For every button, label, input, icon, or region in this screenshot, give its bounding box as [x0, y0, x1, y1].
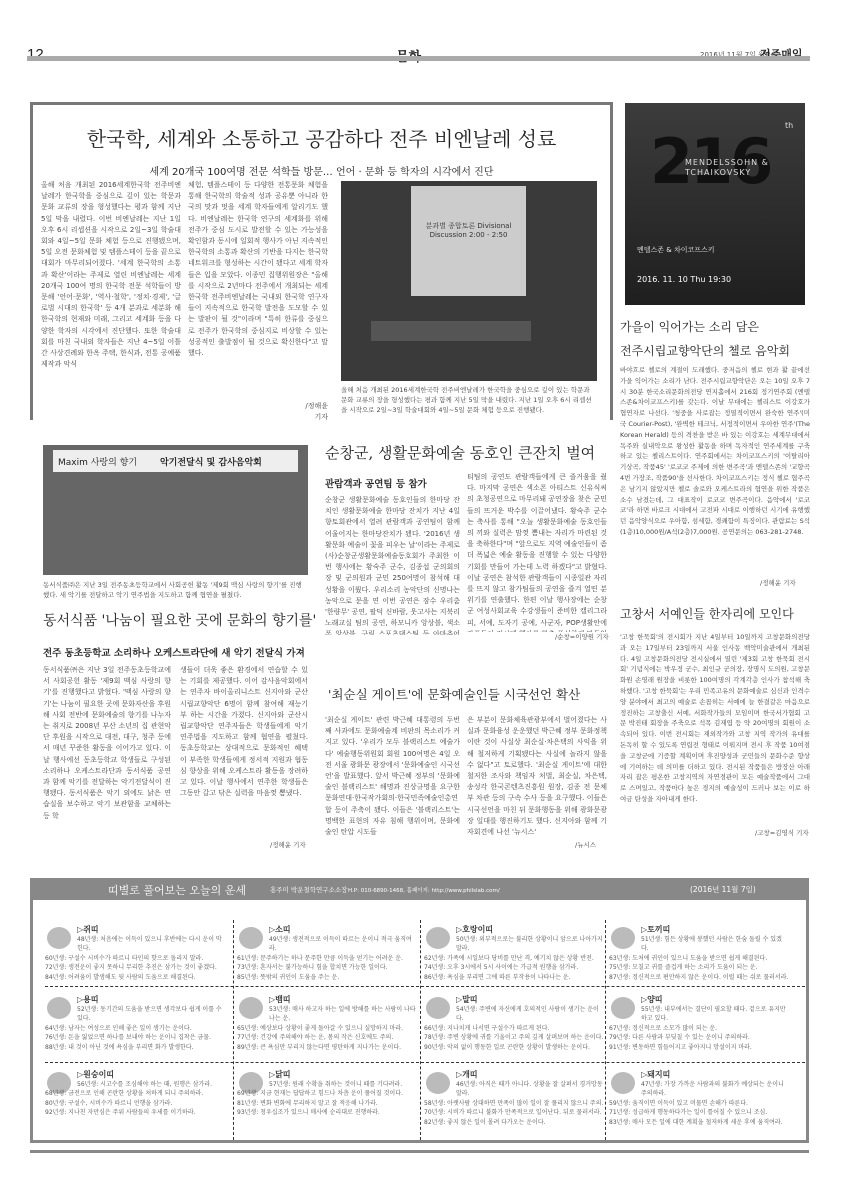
cello-byline: /정해윤 기자 [760, 578, 796, 589]
sunchang-subheadline: 관람객과 공연팀 등 참가 [325, 476, 427, 490]
byline: /정해윤 기자 [298, 401, 328, 423]
zodiac-name: ▷토끼띠 [641, 925, 789, 935]
fortune-line: 80년생: 구설수, 시비수가 따르니 언행을 삼가라. [45, 1099, 225, 1109]
article-biennale: 한국학, 세계와 소통하고 공감하다 전주 비엔날레 성료 세계 20개국 10… [30, 102, 613, 420]
zodiac-name: ▷용띠 [77, 995, 225, 1005]
body-col-1: 올해 처음 개최된 2016세계한국학 전주비엔날레가 한국학을 중심으로 깊이… [41, 180, 181, 410]
fortune-line: 73년생: 혼자서는 불가능하니 힘을 합치면 가능한 일이다. [237, 963, 417, 973]
fortune-line: 58년생: 아랫사람 상대하면 만족이 많이 일이 잘 풀리지 않으니 주의. [424, 1099, 604, 1109]
fortune-line: 55년생: 내부에서는 결단이 필요할 때다. 겉으로 유지만 하고 있다. [641, 1005, 789, 1024]
poster-th: th [785, 121, 793, 130]
fortune-line: 49년생: 생전적으로 이득이 따르는 운이니 적극 움직여라. [269, 935, 417, 954]
orchestra-caption: 동서식품㈜은 지난 3일 전주동초등학교에서 사회공헌 활동 '제9회 맥심 사… [43, 580, 308, 600]
fortune-line: 47년생: 가장 가까운 사람과의 불화가 예상되는 운이니 주의하라. [641, 1080, 789, 1099]
fortune-title: 띠별로 풀어보는 오늘의 운세 [108, 882, 246, 898]
fortune-date: (2016년 11월 7일) [690, 884, 756, 895]
fortune-item: ▷소띠 49년생: 생전적으로 이득이 따르는 운이니 적극 움직여라. 61년… [237, 925, 417, 982]
fortune-item: ▷토끼띠 51년생: 힘든 상황에 봉했던 사람은 한숨 돌릴 수 있겠다. 6… [609, 925, 789, 982]
fortune-line: 76년생: 돈을 잃었으면 하나를 보내야 하는 운이니 집착은 금물. [45, 1033, 225, 1043]
fortune-line: 71년생: 성급하게 행동하다가는 일이 틀어질 수 있으니 조심. [609, 1108, 789, 1118]
sunchang-byline: /순창=이양원 기자 [555, 632, 609, 643]
footer-rule [30, 1150, 809, 1153]
body-col-2: 체험, 템플스테이 등 다양한 전통문화 체험을 통해 한국학의 학술적 성과 … [188, 180, 328, 400]
fortune-line: 83년생: 매사 모든 일에 대한 계획을 철저하게 세운 후에 움직여라. [609, 1118, 789, 1128]
grid-line [233, 920, 234, 1140]
fortune-line: 88년생: 내 것이 아닌 것에 욕심을 부리면 화가 발생한다. [45, 1043, 225, 1053]
photo-caption: 올해 처음 개최된 2016세계한국학 전주비엔날레가 한국학을 중심으로 깊이… [341, 385, 597, 415]
poster-date: 2016. 11. 10 Thu 19:30 [637, 275, 731, 284]
fortune-line: 85년생: 뜻밖의 귀인이 도움을 주는 운. [237, 973, 417, 983]
fortune-line: 61년생: 문주하기는 하나 문주한 만큼 이득을 얻기는 어려운 운. [237, 954, 417, 964]
choi-headline: '최순실 게이트'에 문화예술인들 시국선언 확산 [328, 685, 580, 703]
header-rule [27, 56, 810, 61]
fortune-line: 64년생: 남자는 여성으로 인해 좋은 일이 생기는 운이다. [45, 1024, 225, 1034]
zodiac-name: ▷뱀띠 [269, 995, 417, 1005]
fortune-line: 87년생: 정신적으로 편안하지 않은 운이다. 이럴 때는 쉬로 물러서라. [609, 973, 789, 983]
grid-line [420, 920, 421, 1140]
subheadline: 세계 20개국 100여명 전문 석학들 방문… 언어 · 문화 등 학자의 시… [33, 163, 610, 178]
fortune-line: 67년생: 정신적으로 소모가 많이 되는 운. [609, 1024, 789, 1034]
fortune-line: 86년생: 욕심을 부리면 그에 따른 부작용이 나타나는 운. [424, 973, 604, 983]
dongsuh-headline: 동서식품 '나눔이 필요한 곳에 문화의 향기를' [43, 610, 316, 630]
fortune-line: 66년생: 지나치게 나서면 구설수가 따르게 된다. [424, 1024, 604, 1034]
fortune-line: 68년생: 금전으로 인해 곤란한 상황을 처하게 되니 주의하라. [45, 1089, 225, 1099]
fortune-item: ▷말띠 54년생: 주변에 자신에게 호의적인 사람이 생기는 운이다. 66년… [424, 995, 604, 1052]
fortune-line: 81년생: 변화 변화에 무리하지 말고 잘 적응해 나가라. [237, 1099, 417, 1109]
headline: 한국학, 세계와 소통하고 공감하다 전주 비엔날레 성료 [33, 123, 610, 152]
gochang-headline: 고창서 서예인들 한자리에 모인다 [620, 605, 794, 622]
choi-col-2: 은 부분이 문화체육관광부에서 벌어졌다는 사실과 문화융성 운운했던 박근혜 … [467, 715, 607, 840]
sunchang-col-1: 순창군 생활문화예술 동호인들의 한마당 잔치인 생활문화예술 한마당 잔치가 … [325, 495, 460, 635]
fortune-line: 50년생: 외부적으로는 불리한 상황이니 앞으로 나아가지 말라. [456, 935, 604, 954]
cello-headline-1: 가을이 익어가는 소리 담은 [620, 318, 759, 335]
fortune-line: 78년생: 주변 상황에 귀를 기울이고 주의 깊게 살펴보며 하는 운이다. [424, 1033, 604, 1043]
concert-poster: 216 th MENDELSSOHN & TCHAIKOVSKY 멘델스존 & … [625, 103, 805, 305]
dongsuh-subheadline: 전주 동초등학교 소리하나 오케스트라단에 새 악기 전달식 가져 [43, 645, 305, 659]
fortune-line: 59년생: 움직이면 이득이 있고 머물면 손해가 따른다. [609, 1099, 789, 1109]
fortune-line: 93년생: 청우십조가 있으니 매사에 순리대로 진행하라. [237, 1108, 417, 1118]
zodiac-name: ▷개띠 [456, 1070, 604, 1080]
fortune-line: 92년생: 지나친 자만심은 주위 사람들의 우세를 이기하라. [45, 1108, 225, 1118]
fortune-item: ▷개띠 46년생: 아직은 때가 아니다. 상황을 잘 살펴서 경거망동 말라.… [424, 1070, 604, 1127]
fortune-contact: H.P: 010-6890-1468, 홈페이지: http://www.phi… [348, 886, 500, 894]
zodiac-name: ▷원숭이띠 [77, 1070, 225, 1080]
zodiac-name: ▷말띠 [456, 995, 604, 1005]
fortune-line: 89년생: 큰 욕심만 부리지 않는다면 평탄하게 지나가는 운이다. [237, 1043, 417, 1053]
fortune-line: 54년생: 주변에 자신에게 호의적인 사람이 생기는 운이다. [456, 1005, 604, 1024]
poster-korean-title: 멘델스존 & 차이코프스키 [637, 245, 715, 255]
fortune-item: ▷호랑이띠 50년생: 외부적으로는 불리한 상황이니 앞으로 나아가지 말라.… [424, 925, 604, 982]
panel-table [371, 321, 531, 341]
dongsuh-byline: /정해윤 기자 [270, 840, 306, 851]
fortune-line: 74년생: 오후 3시에서 5시 사이에는 가급적 원행을 삼가라. [424, 963, 604, 973]
fortune-line: 46년생: 아직은 때가 아니다. 상황을 잘 살펴서 경거망동 말라. [456, 1080, 604, 1099]
fortune-line: 52년생: 동기간의 도움을 받으면 생각보다 쉽게 이룰 수 있다. [77, 1005, 225, 1024]
sunchang-col-2: 티팀의 공연도 관람객들에게 큰 즐거움을 줬다. 마지막 공연은 색소폰 아티… [467, 472, 607, 632]
fortune-line: 63년생: 도처에 귀인이 있으니 도움을 받으면 쉽게 해결된다. [609, 954, 789, 964]
fortune-line: 79년생: 다른 사람과 부딪칠 수 있는 운이니 주의하라. [609, 1033, 789, 1043]
cello-body: 바야흐로 첼로의 계절이 도래했다. 중저음의 첼로 현과 활 끝에선 가을 익… [620, 365, 810, 570]
photo-banner: Maxim 사랑의 향기 악기전달식 및 감사음악회 [53, 450, 298, 472]
zodiac-name: ▷쥐띠 [77, 925, 225, 935]
sunchang-headline: 순창군, 생활문화예술 동호인 큰잔치 벌여 [325, 442, 595, 463]
grid-line [45, 986, 805, 987]
fortune-line: 72년생: 생전운이 좋지 못하니 무리한 추진은 삼가는 것이 좋겠다. [45, 963, 225, 973]
fortune-item: ▷돼지띠 47년생: 가장 가까운 사람과의 불화가 예상되는 운이니 주의하라… [609, 1070, 789, 1127]
orchestra-photo: Maxim 사랑의 향기 악기전달식 및 감사음악회 [43, 445, 308, 575]
fortune-line: 57년생: 원래 수확을 취하는 것이니 때를 기다려라. [269, 1080, 417, 1090]
grid-line [45, 1062, 805, 1063]
zodiac-name: ▷양띠 [641, 995, 789, 1005]
banner-brand: Maxim 사랑의 향기 [58, 458, 137, 468]
conference-photo: 분과별 종합토론 Divisional Discussion 2:00 - 2:… [341, 181, 597, 381]
fortune-line: 70년생: 시비가 따르니 불화가 만족적으로 일어난다. 뒤로 물러서라. [424, 1108, 604, 1118]
dongsuh-col-2: 생들이 더욱 좋은 환경에서 연습할 수 있는 기회를 제공했다. 이어 감사음… [180, 665, 308, 840]
fortune-item: ▷양띠 55년생: 내부에서는 결단이 필요할 때다. 겉으로 유지만 하고 있… [609, 995, 789, 1052]
fortune-line: 90년생: 악의 없이 행동한 일로 곤란한 상황이 발생하는 운이다. [424, 1043, 604, 1053]
cello-headline-2: 전주시립교향악단의 첼로 음악회 [620, 342, 790, 359]
zodiac-name: ▷소띠 [269, 925, 417, 935]
fortune-line: 48년생: 처음에는 이득이 있으니 후반에는 다시 운이 막힌다. [77, 935, 225, 954]
fortune-item: ▷쥐띠 48년생: 처음에는 이득이 있으니 후반에는 다시 운이 막힌다. 6… [45, 925, 225, 982]
fortune-line: 65년생: 예상보다 상황이 좋게 돌아갈 수 있으니 실망하지 마라. [237, 1024, 417, 1034]
fortune-header: 띠별로 풀어보는 오늘의 운세 홍주미 박운철학연구소소장 H.P: 010-6… [30, 878, 809, 900]
fortune-line: 51년생: 힘든 상황에 봉했던 사람은 한숨 돌릴 수 있겠다. [641, 935, 789, 954]
fortune-line: 53년생: 매사 하고자 하는 일에 방해를 하는 사람이 나타나는 운. [269, 1005, 417, 1024]
zodiac-name: ▷돼지띠 [641, 1070, 789, 1080]
fortune-line: 69년생: 지금 현재는 답답하고 힘드나 차츰 운이 풀어질 것이다. [237, 1089, 417, 1099]
fortune-line: 62년생: 가족에 시일보다 당비를 만난 격, 예기치 않은 상황 반전. [424, 954, 604, 964]
fortune-item: ▷닭띠 57년생: 원래 수확을 취하는 것이니 때를 기다려라. 69년생: … [237, 1070, 417, 1118]
fortune-line: 75년생: 모칠고 귀를 즐겁게 하는 소리가 도움이 되는 운. [609, 963, 789, 973]
gochang-body: '고창 한묵회'의 전시회가 지난 4일부터 10일까지 고창문화의전당과 오는… [620, 632, 810, 832]
fortune-line: 56년생: 시고수를 조심해야 하는 때, 원행은 삼가라. [77, 1080, 225, 1090]
fortune-item: ▷용띠 52년생: 동기간의 도움을 받으면 생각보다 쉽게 이룰 수 있다. … [45, 995, 225, 1052]
zodiac-name: ▷닭띠 [269, 1070, 417, 1080]
fortune-item: ▷원숭이띠 56년생: 시고수를 조심해야 하는 때, 원행은 삼가라. 68년… [45, 1070, 225, 1118]
gochang-byline: /고창=김영식 기자 [755, 828, 809, 839]
banner-title: 악기전달식 및 감사음악회 [160, 458, 262, 468]
fortune-line: 82년생: 좋지 않은 일이 몰려 다가오는 운이다. [424, 1118, 604, 1128]
poster-composers: MENDELSSOHN & TCHAIKOVSKY [685, 158, 805, 178]
fortune-line: 91년생: 변동하면 힘들어지고 좋아지니 망설이지 마라. [609, 1043, 789, 1053]
choi-col-1: '최순실 게이트' 관련 박근혜 대통령의 두번째 사과에도 문화예술계 비판의… [325, 715, 460, 845]
fortune-line: 84년생: 어려움이 발생해도 뒷 사람의 도움으로 해결된다. [45, 973, 225, 983]
grid-line [605, 920, 606, 1140]
fortune-author: 홍주미 박운철학연구소소장 [270, 885, 347, 894]
fortune-item: ▷뱀띠 53년생: 매사 하고자 하는 일에 방해를 하는 사람이 나타나는 운… [237, 995, 417, 1052]
fortune-line: 60년생: 구설수 시비수가 따르니 타인의 핫으로 돌리지 말라. [45, 954, 225, 964]
zodiac-name: ▷호랑이띠 [456, 925, 604, 935]
screen-text: 분과별 종합토론 Divisional Discussion 2:00 - 2:… [411, 186, 526, 296]
choi-byline: /뉴시스 [575, 840, 596, 851]
fortune-line: 77년생: 건강에 주의해야 하는 운, 몸의 작은 신호에도 주의. [237, 1033, 417, 1043]
dongsuh-col-1: 동서식품㈜은 지난 3일 전주동초등학교에서 사회공헌 활동 '제9회 맥심 사… [43, 665, 171, 850]
